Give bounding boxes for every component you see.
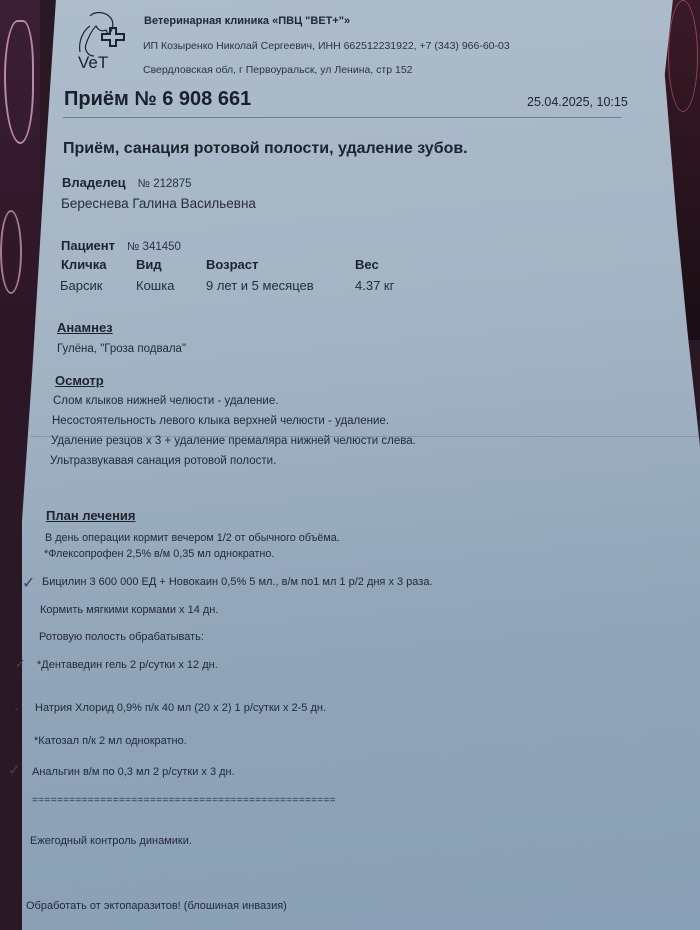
check-mark-icon: ✓	[8, 761, 21, 779]
clinic-name: Ветеринарная клиника «ПВЦ "ВЕТ+"»	[144, 15, 350, 27]
patient-weight-value: 4.37 кг	[355, 278, 394, 293]
patient-header: Пациент№ 341450	[61, 237, 181, 255]
owner-label: Владелец	[62, 175, 126, 190]
svg-text:VeT: VeT	[78, 53, 108, 70]
patient-label: Пациент	[61, 238, 115, 253]
patient-name-header: Кличка	[61, 257, 106, 272]
exam-line: Удаление резцов x 3 + удаление премаляра…	[51, 435, 416, 447]
patient-species-value: Кошка	[136, 278, 174, 293]
clinic-logo-icon: VeT	[72, 10, 128, 70]
exam-line: Слом клыков нижней челюсти - удаление.	[53, 395, 278, 407]
visit-datetime: 25.04.2025, 10:15	[527, 95, 628, 109]
followup-text: Ежегодный контроль динамики.	[30, 835, 192, 847]
owner-number: № 212875	[138, 178, 192, 190]
clinic-address: Свердловская обл, г Первоуральск, ул Лен…	[143, 64, 413, 76]
patient-age-header: Возраст	[206, 257, 258, 272]
check-mark-icon: ✓	[22, 573, 35, 593]
patient-name-value: Барсик	[60, 278, 102, 293]
document: VeT Ветеринарная клиника «ПВЦ "ВЕТ+"» ИП…	[0, 0, 700, 930]
pen-mark-icon: ·	[14, 700, 19, 716]
anamnesis-heading: Анамнез	[57, 320, 113, 335]
separator-line: ========================================…	[32, 796, 336, 807]
visit-subject: Приём, санация ротовой полости, удаление…	[63, 140, 468, 158]
treatment-line: Бицилин 3 600 000 ЕД + Новокаин 0,5% 5 м…	[42, 576, 433, 588]
treatment-line: Ротовую полость обрабатывать:	[39, 631, 204, 643]
patient-species-header: Вид	[136, 257, 162, 272]
treatment-line: Кормить мягкими кормами x 14 дн.	[40, 604, 218, 616]
treatment-line: *Флексопрофен 2,5% в/м 0,35 мл однократн…	[44, 548, 274, 560]
anamnesis-text: Гулёна, "Гроза подвала"	[57, 343, 186, 355]
parasite-note: Обработать от эктопаразитов! (блошиная и…	[26, 900, 287, 912]
visit-title: Приём № 6 908 661	[64, 88, 251, 111]
treatment-line: *Дентаведин гель 2 р/сутки x 12 дн.	[37, 659, 218, 671]
treatment-heading: План лечения	[46, 508, 136, 523]
exam-line: Ультразвукавая санация ротовой полости.	[50, 455, 276, 467]
treatment-line: *Катозал п/к 2 мл однократно.	[34, 735, 187, 747]
exam-line: Несостоятельность левого клыка верхней ч…	[52, 415, 389, 427]
owner-name: Береснева Галина Васильевна	[61, 196, 256, 211]
treatment-line: В день операции кормит вечером 1/2 от об…	[45, 532, 340, 544]
check-mark-icon: ✓	[15, 656, 26, 672]
title-divider	[63, 117, 621, 118]
patient-number: № 341450	[127, 241, 181, 253]
treatment-line: Натрия Хлорид 0,9% п/к 40 мл (20 x 2) 1 …	[35, 702, 326, 714]
patient-age-value: 9 лет и 5 месяцев	[206, 278, 314, 293]
treatment-line: Анальгин в/м по 0,3 мл 2 р/сутки x 3 дн.	[32, 766, 235, 778]
owner-header: Владелец№ 212875	[62, 174, 192, 192]
exam-heading: Осмотр	[55, 373, 104, 388]
patient-weight-header: Вес	[355, 257, 379, 272]
clinic-info: ИП Козыренко Николай Сергеевич, ИНН 6625…	[143, 40, 510, 52]
